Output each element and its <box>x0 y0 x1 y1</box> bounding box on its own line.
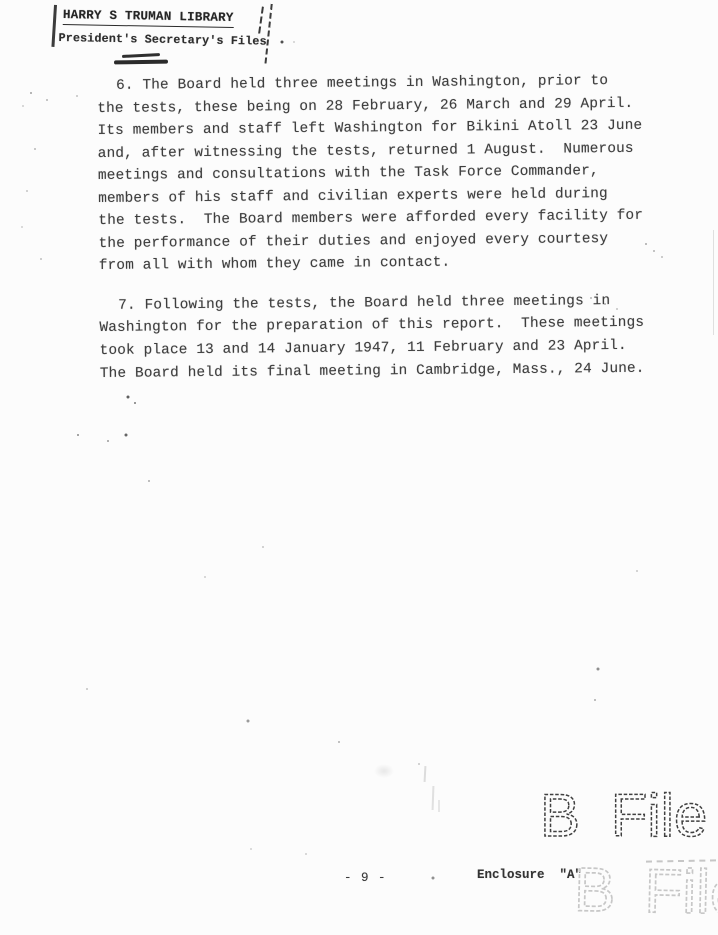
scanned-document-page: HARRY S TRUMAN LIBRARY President's Secre… <box>0 0 718 935</box>
pen-scribble-mark <box>122 53 160 58</box>
scan-scratch <box>432 786 435 810</box>
stamp-left-bar <box>51 5 56 47</box>
library-stamp-subtitle: President's Secretary's Files <box>58 31 266 49</box>
typed-line: The Board held its final meeting in Camb… <box>100 357 675 385</box>
typed-line: from all with whom they came in contact. <box>99 250 674 278</box>
b-file-stamp-dark-text: B File <box>540 782 707 849</box>
pen-scribble-mark <box>114 60 168 64</box>
scan-edge-line <box>713 230 714 335</box>
stamp-right-bar-short <box>258 7 264 37</box>
scan-scratch <box>438 800 440 812</box>
library-stamp-title: HARRY S TRUMAN LIBRARY <box>63 8 234 28</box>
scan-noise-specks <box>0 0 2 2</box>
b-file-stamp-light: B File, <box>565 846 718 935</box>
scan-scratch <box>424 766 427 782</box>
typed-body-text: 6. The Board held three meetings in Wash… <box>97 69 675 385</box>
b-file-stamp-dark: B File <box>536 784 716 846</box>
page-number: - 9 - <box>344 871 387 885</box>
scan-smudge <box>374 764 394 778</box>
b-file-stamp-light-text: B File, <box>573 855 718 928</box>
